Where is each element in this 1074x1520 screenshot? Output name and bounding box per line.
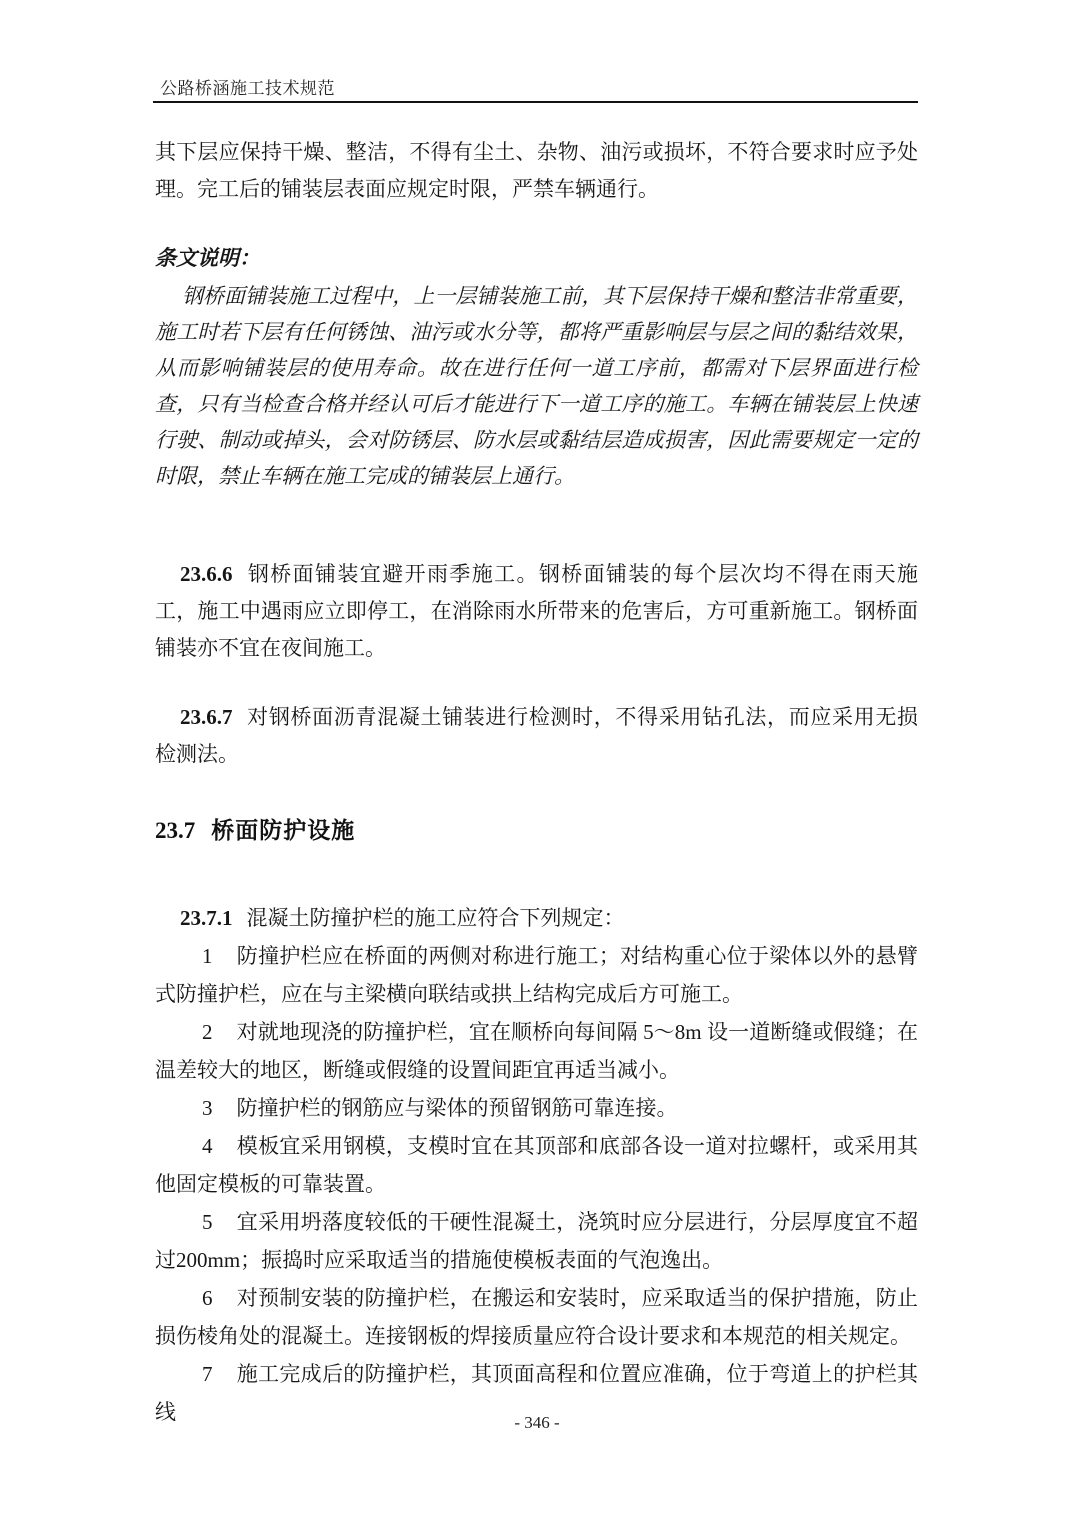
- page-number: - 346 -: [0, 1413, 1074, 1433]
- document-page: 公路桥涵施工技术规范 其下层应保持干燥、整洁，不得有尘土、杂物、油污或损坏，不符…: [0, 0, 1074, 1520]
- item-number: 5: [202, 1210, 213, 1234]
- item-number: 7: [202, 1362, 213, 1386]
- item-number: 4: [202, 1134, 213, 1158]
- clause-number: 23.6.6: [180, 562, 233, 586]
- item-number: 2: [202, 1020, 213, 1044]
- clause-text: 混凝土防撞护栏的施工应符合下列规定：: [247, 906, 625, 930]
- section-title: 桥面防护设施: [211, 817, 355, 843]
- clause-23-7-1-paragraph: 23.7.1混凝土防撞护栏的施工应符合下列规定：: [155, 899, 918, 937]
- list-item-2: 2对就地现浇的防撞护栏，宜在顺桥向每间隔 5～8m 设一道断缝或假缝；在温差较大…: [155, 1013, 918, 1089]
- item-number: 1: [202, 944, 213, 968]
- section-number: 23.7: [155, 818, 195, 843]
- clause-number: 23.6.7: [180, 705, 233, 729]
- item-text: 防撞护栏应在桥面的两侧对称进行施工；对结构重心位于梁体以外的悬臂式防撞护栏，应在…: [155, 944, 918, 1006]
- running-head: 公路桥涵施工技术规范: [160, 74, 335, 99]
- intro-text: 其下层应保持干燥、整洁，不得有尘土、杂物、油污或损坏，不符合要求时应予处理。完工…: [155, 134, 918, 208]
- list-item-3: 3防撞护栏的钢筋应与梁体的预留钢筋可靠连接。: [155, 1089, 918, 1127]
- notes-label: 条文说明：: [155, 243, 918, 273]
- item-number: 6: [202, 1286, 213, 1310]
- item-number: 3: [202, 1096, 213, 1120]
- section-heading-23-7: 23.7桥面防护设施: [155, 815, 355, 846]
- notes-body-block: 钢桥面铺装施工过程中，上一层铺装施工前，其下层保持干燥和整洁非常重要，施工时若下…: [155, 278, 918, 494]
- clause-23-6-6-paragraph: 23.6.6钢桥面铺装宜避开雨季施工。钢桥面铺装的每个层次均不得在雨天施工，施工…: [155, 556, 918, 667]
- item-text: 对预制安装的防撞护栏，在搬运和安装时，应采取适当的保护措施，防止损伤棱角处的混凝…: [155, 1286, 918, 1348]
- list-item-4: 4模板宜采用钢模，支模时宜在其顶部和底部各设一道对拉螺杆，或采用其他固定模板的可…: [155, 1127, 918, 1203]
- clause-number: 23.7.1: [180, 906, 233, 930]
- item-text: 宜采用坍落度较低的干硬性混凝土，浇筑时应分层进行，分层厚度宜不超过200mm；振…: [155, 1210, 918, 1272]
- clause-text: 对钢桥面沥青混凝土铺装进行检测时，不得采用钻孔法，而应采用无损检测法。: [155, 705, 918, 766]
- notes-body-text: 钢桥面铺装施工过程中，上一层铺装施工前，其下层保持干燥和整洁非常重要，施工时若下…: [155, 278, 918, 494]
- clause-23-6-7-paragraph: 23.6.7对钢桥面沥青混凝土铺装进行检测时，不得采用钻孔法，而应采用无损检测法…: [155, 699, 918, 773]
- clause-23-6-7: 23.6.7对钢桥面沥青混凝土铺装进行检测时，不得采用钻孔法，而应采用无损检测法…: [155, 699, 918, 773]
- list-item-5: 5宜采用坍落度较低的干硬性混凝土，浇筑时应分层进行，分层厚度宜不超过200mm；…: [155, 1203, 918, 1279]
- list-item-1: 1防撞护栏应在桥面的两侧对称进行施工；对结构重心位于梁体以外的悬臂式防撞护栏，应…: [155, 937, 918, 1013]
- item-text: 对就地现浇的防撞护栏，宜在顺桥向每间隔 5～8m 设一道断缝或假缝；在温差较大的…: [155, 1020, 918, 1082]
- clause-23-6-6: 23.6.6钢桥面铺装宜避开雨季施工。钢桥面铺装的每个层次均不得在雨天施工，施工…: [155, 556, 918, 667]
- clause-23-7-1-block: 23.7.1混凝土防撞护栏的施工应符合下列规定： 1防撞护栏应在桥面的两侧对称进…: [155, 899, 918, 1431]
- clause-text: 钢桥面铺装宜避开雨季施工。钢桥面铺装的每个层次均不得在雨天施工，施工中遇雨应立即…: [155, 562, 918, 660]
- header-rule: [153, 101, 918, 103]
- list-item-6: 6对预制安装的防撞护栏，在搬运和安装时，应采取适当的保护措施，防止损伤棱角处的混…: [155, 1279, 918, 1355]
- notes-label-block: 条文说明：: [155, 243, 918, 273]
- item-text: 模板宜采用钢模，支模时宜在其顶部和底部各设一道对拉螺杆，或采用其他固定模板的可靠…: [155, 1134, 918, 1196]
- intro-paragraph: 其下层应保持干燥、整洁，不得有尘土、杂物、油污或损坏，不符合要求时应予处理。完工…: [155, 134, 918, 208]
- item-text: 防撞护栏的钢筋应与梁体的预留钢筋可靠连接。: [237, 1096, 678, 1120]
